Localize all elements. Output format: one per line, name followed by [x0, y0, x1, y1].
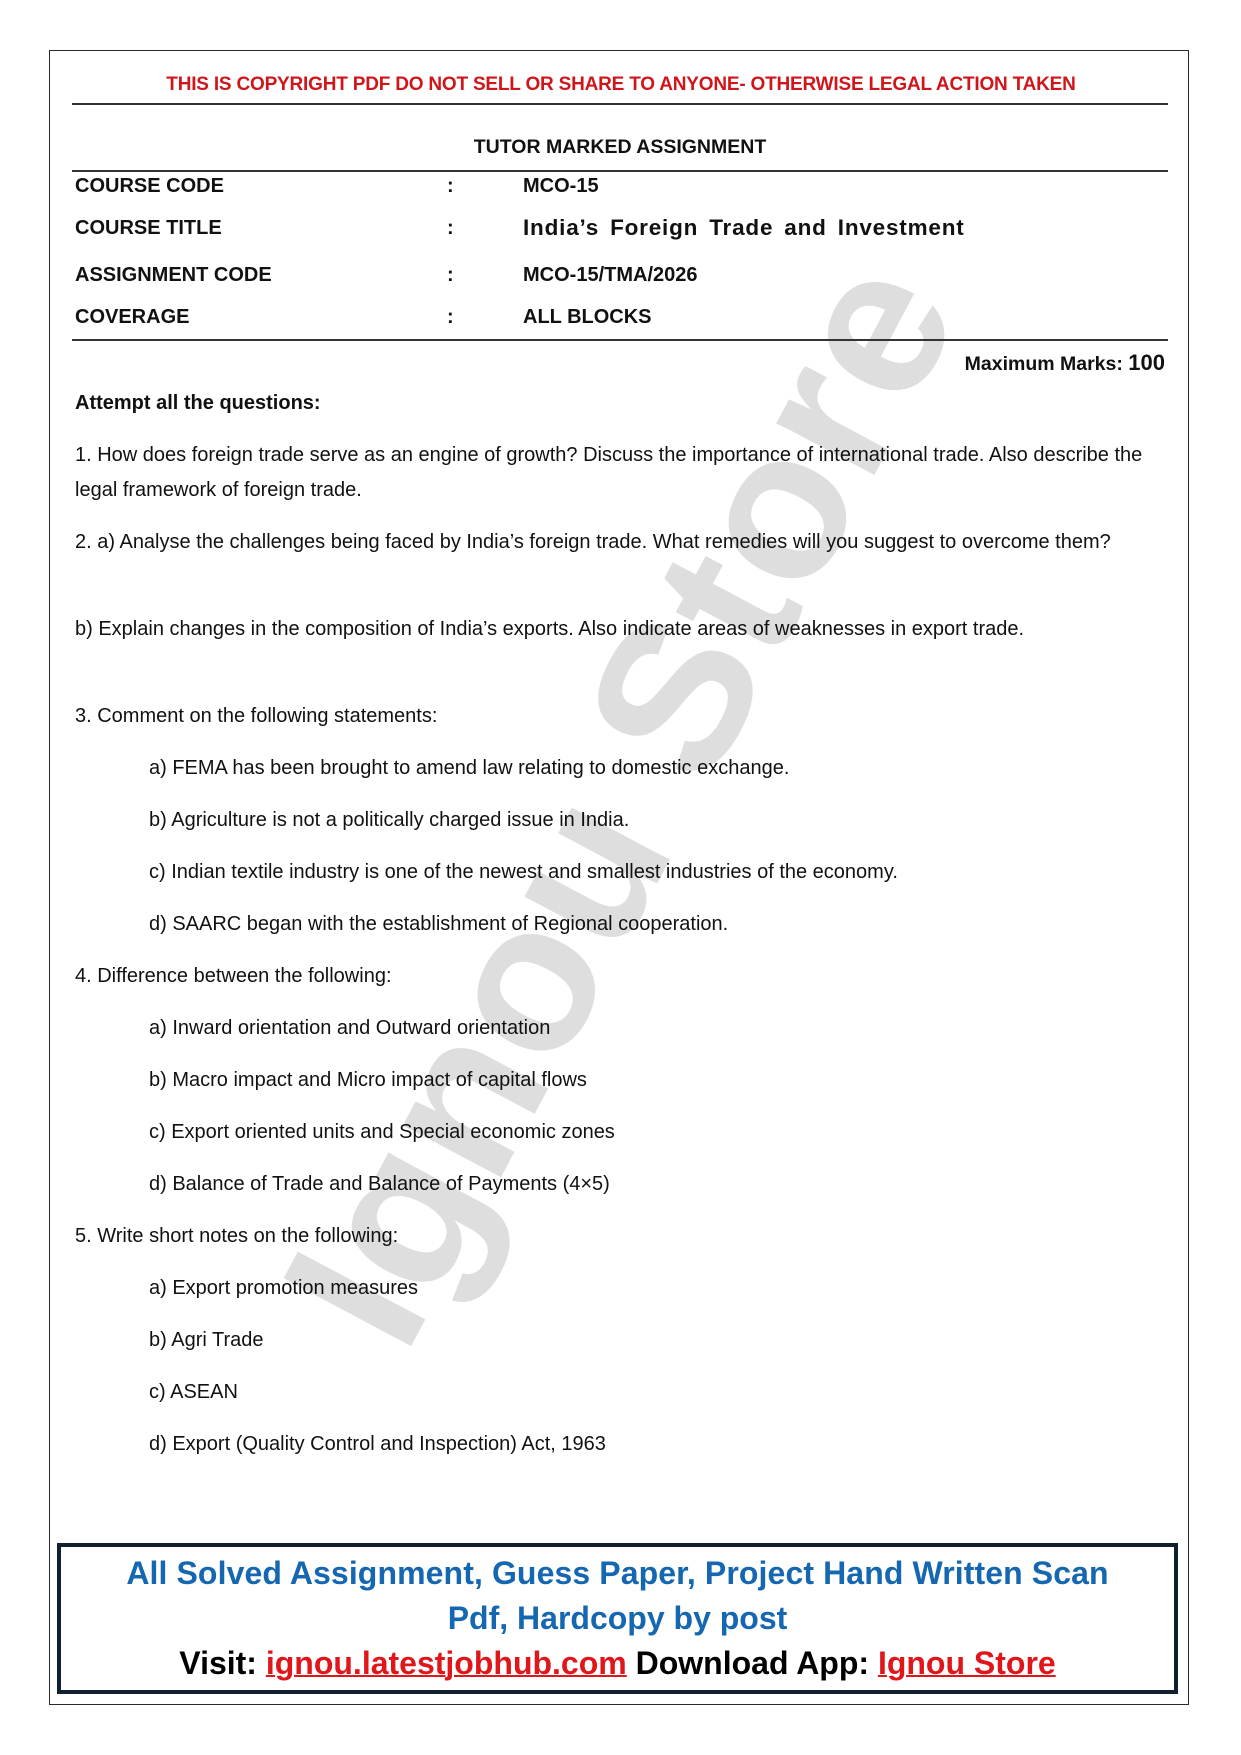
max-marks-value: 100 [1128, 350, 1165, 375]
question-1: 1. How does foreign trade serve as an en… [75, 438, 1167, 508]
field-separator: : [447, 217, 454, 240]
question-4-item: a) Inward orientation and Outward orient… [149, 1011, 1159, 1046]
field-label: ASSIGNMENT CODE [75, 264, 272, 287]
field-label: COVERAGE [75, 306, 189, 329]
question-5-item: d) Export (Quality Control and Inspectio… [149, 1427, 1159, 1462]
question-4-item: c) Export oriented units and Special eco… [149, 1115, 1159, 1150]
coverage-value: ALL BLOCKS [523, 306, 652, 329]
app-link[interactable]: Ignou Store [878, 1645, 1056, 1681]
assignment-heading: TUTOR MARKED ASSIGNMENT [72, 136, 1168, 159]
question-4-item: b) Macro impact and Micro impact of capi… [149, 1063, 1159, 1098]
question-5: 5. Write short notes on the following: [75, 1219, 1167, 1254]
promo-subheadline: Pdf, Hardcopy by post [61, 1600, 1174, 1637]
question-5-item: b) Agri Trade [149, 1323, 1159, 1358]
promo-headline: All Solved Assignment, Guess Paper, Proj… [61, 1555, 1174, 1592]
question-2b: b) Explain changes in the composition of… [75, 612, 1167, 647]
question-5-item: a) Export promotion measures [149, 1271, 1159, 1306]
field-separator: : [447, 306, 454, 329]
question-3-item: a) FEMA has been brought to amend law re… [149, 751, 1159, 786]
divider [72, 339, 1168, 341]
website-link[interactable]: ignou.latestjobhub.com [266, 1645, 627, 1681]
field-label: COURSE TITLE [75, 217, 222, 240]
question-3-item: c) Indian textile industry is one of the… [149, 855, 1159, 890]
question-4-item: d) Balance of Trade and Balance of Payme… [149, 1167, 1159, 1202]
promo-box: All Solved Assignment, Guess Paper, Proj… [57, 1543, 1178, 1694]
question-3-item: d) SAARC began with the establishment of… [149, 907, 1159, 942]
question-3: 3. Comment on the following statements: [75, 699, 1167, 734]
max-marks-label: Maximum Marks: [965, 353, 1123, 375]
promo-contact-line: Visit: ignou.latestjobhub.com Download A… [61, 1645, 1174, 1682]
instructions: Attempt all the questions: [75, 386, 1167, 421]
download-app-label: Download App: [627, 1645, 878, 1681]
question-2a: 2. a) Analyse the challenges being faced… [75, 525, 1167, 560]
field-label: COURSE CODE [75, 175, 224, 198]
maximum-marks: Maximum Marks: 100 [965, 350, 1165, 376]
field-separator: : [447, 175, 454, 198]
visit-label: Visit: [179, 1645, 266, 1681]
divider [72, 103, 1168, 105]
copyright-notice: THIS IS COPYRIGHT PDF DO NOT SELL OR SHA… [72, 74, 1170, 96]
divider [72, 170, 1168, 172]
question-3-item: b) Agriculture is not a politically char… [149, 803, 1159, 838]
assignment-code-value: MCO-15/TMA/2026 [523, 264, 698, 287]
question-4: 4. Difference between the following: [75, 959, 1167, 994]
course-title-value: India’s Foreign Trade and Investment [523, 215, 965, 241]
field-separator: : [447, 264, 454, 287]
course-code-value: MCO-15 [523, 175, 599, 198]
question-5-item: c) ASEAN [149, 1375, 1159, 1410]
